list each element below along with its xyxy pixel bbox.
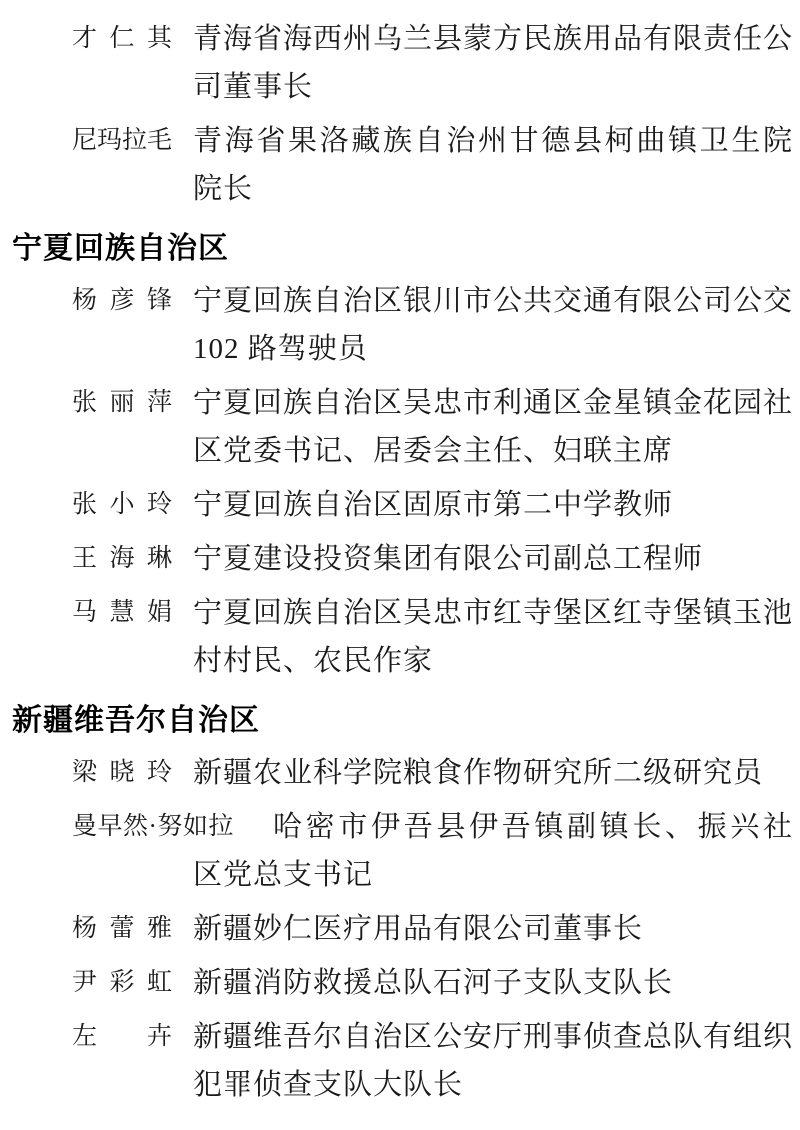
honoree-description: 新疆妙仁医疗用品有限公司董事长 — [193, 905, 793, 953]
honoree-description: 宁夏回族自治区银川市公共交通有限公司公交 102 路驾驶员 — [193, 277, 793, 373]
description-line: 区党委书记、居委会主任、妇联主席 — [193, 427, 793, 475]
honoree-description: 宁夏回族自治区吴忠市利通区金星镇金花园社 区党委书记、居委会主任、妇联主席 — [193, 379, 793, 475]
honoree-entry: 才仁其 青海省海西州乌兰县蒙方民族用品有限责任公 司董事长 — [0, 15, 800, 111]
description-line: 新疆农业科学院粮食作物研究所二级研究员 — [193, 749, 793, 797]
honoree-description: 新疆农业科学院粮食作物研究所二级研究员 — [193, 749, 793, 797]
description-line: 宁夏回族自治区吴忠市红寺堡区红寺堡镇玉池 — [193, 589, 793, 637]
honoree-name: 尹彩虹 — [72, 959, 172, 1007]
honoree-entry: 尹彩虹 新疆消防救援总队石河子支队支队长 — [0, 959, 800, 1007]
honoree-name: 尼玛拉毛 — [72, 117, 172, 165]
honoree-description: 青海省海西州乌兰县蒙方民族用品有限责任公 司董事长 — [193, 15, 793, 111]
honoree-entry: 左卉 新疆维吾尔自治区公安厅刑事侦查总队有组织 犯罪侦查支队大队长 — [0, 1013, 800, 1109]
description-line: 宁夏建设投资集团有限公司副总工程师 — [193, 535, 793, 583]
description-line: 新疆维吾尔自治区公安厅刑事侦查总队有组织 — [193, 1013, 793, 1061]
honoree-name: 曼早然·努如拉 — [72, 803, 234, 851]
honoree-name: 左卉 — [72, 1013, 172, 1061]
description-line: 宁夏回族自治区吴忠市利通区金星镇金花园社 — [193, 379, 793, 427]
description-line: 青海省果洛藏族自治州甘德县柯曲镇卫生院 — [193, 117, 793, 165]
section-continued: 才仁其 青海省海西州乌兰县蒙方民族用品有限责任公 司董事长 尼玛拉毛 青海省果洛… — [0, 15, 800, 213]
honoree-name: 张丽萍 — [72, 379, 172, 427]
honoree-description: 宁夏回族自治区吴忠市红寺堡区红寺堡镇玉池 村村民、农民作家 — [193, 589, 793, 685]
honoree-name: 杨彦锋 — [72, 277, 172, 325]
honoree-entry: 梁晓玲 新疆农业科学院粮食作物研究所二级研究员 — [0, 749, 800, 797]
honoree-description: 新疆消防救援总队石河子支队支队长 — [193, 959, 793, 1007]
honoree-entry: 张丽萍 宁夏回族自治区吴忠市利通区金星镇金花园社 区党委书记、居委会主任、妇联主… — [0, 379, 800, 475]
honoree-name: 马慧娟 — [72, 589, 172, 637]
description-line: 司董事长 — [193, 63, 793, 111]
honoree-entry: 王海琳 宁夏建设投资集团有限公司副总工程师 — [0, 535, 800, 583]
honoree-name: 梁晓玲 — [72, 749, 172, 797]
section-header: 宁夏回族自治区 — [12, 225, 800, 273]
description-line: 犯罪侦查支队大队长 — [193, 1061, 793, 1109]
honoree-entry: 张小玲 宁夏回族自治区固原市第二中学教师 — [0, 481, 800, 529]
description-line: 宁夏回族自治区银川市公共交通有限公司公交 — [193, 277, 793, 325]
description-line: 新疆妙仁医疗用品有限公司董事长 — [193, 905, 793, 953]
section-xinjiang: 新疆维吾尔自治区 梁晓玲 新疆农业科学院粮食作物研究所二级研究员 曼早然·努如拉… — [0, 697, 800, 1109]
honoree-entry: 曼早然·努如拉 哈密市伊吾县伊吾镇副镇长、振兴社 区党总支书记 — [0, 803, 800, 899]
honoree-description: 新疆维吾尔自治区公安厅刑事侦查总队有组织 犯罪侦查支队大队长 — [193, 1013, 793, 1109]
honoree-name: 才仁其 — [72, 15, 172, 63]
description-line: 区党总支书记 — [193, 851, 793, 899]
description-line: 哈密市伊吾县伊吾镇副镇长、振兴社 — [193, 803, 793, 851]
description-line: 村村民、农民作家 — [193, 637, 793, 685]
honoree-entry: 马慧娟 宁夏回族自治区吴忠市红寺堡区红寺堡镇玉池 村村民、农民作家 — [0, 589, 800, 685]
honoree-name: 张小玲 — [72, 481, 172, 529]
honoree-name: 杨蕾雅 — [72, 905, 172, 953]
honoree-entry: 尼玛拉毛 青海省果洛藏族自治州甘德县柯曲镇卫生院 院长 — [0, 117, 800, 213]
honoree-entry: 杨彦锋 宁夏回族自治区银川市公共交通有限公司公交 102 路驾驶员 — [0, 277, 800, 373]
honoree-description: 青海省果洛藏族自治州甘德县柯曲镇卫生院 院长 — [193, 117, 793, 213]
document-page: 才仁其 青海省海西州乌兰县蒙方民族用品有限责任公 司董事长 尼玛拉毛 青海省果洛… — [0, 0, 800, 1130]
honoree-name: 王海琳 — [72, 535, 172, 583]
section-header: 新疆维吾尔自治区 — [12, 697, 800, 745]
honoree-entry: 杨蕾雅 新疆妙仁医疗用品有限公司董事长 — [0, 905, 800, 953]
description-line: 院长 — [193, 165, 793, 213]
honoree-description: 宁夏建设投资集团有限公司副总工程师 — [193, 535, 793, 583]
description-line: 宁夏回族自治区固原市第二中学教师 — [193, 481, 793, 529]
description-line: 新疆消防救援总队石河子支队支队长 — [193, 959, 793, 1007]
description-line: 102 路驾驶员 — [193, 325, 793, 373]
honoree-description: 宁夏回族自治区固原市第二中学教师 — [193, 481, 793, 529]
section-ningxia: 宁夏回族自治区 杨彦锋 宁夏回族自治区银川市公共交通有限公司公交 102 路驾驶… — [0, 225, 800, 685]
honoree-description: 哈密市伊吾县伊吾镇副镇长、振兴社 区党总支书记 — [193, 803, 793, 899]
description-line: 青海省海西州乌兰县蒙方民族用品有限责任公 — [193, 15, 793, 63]
